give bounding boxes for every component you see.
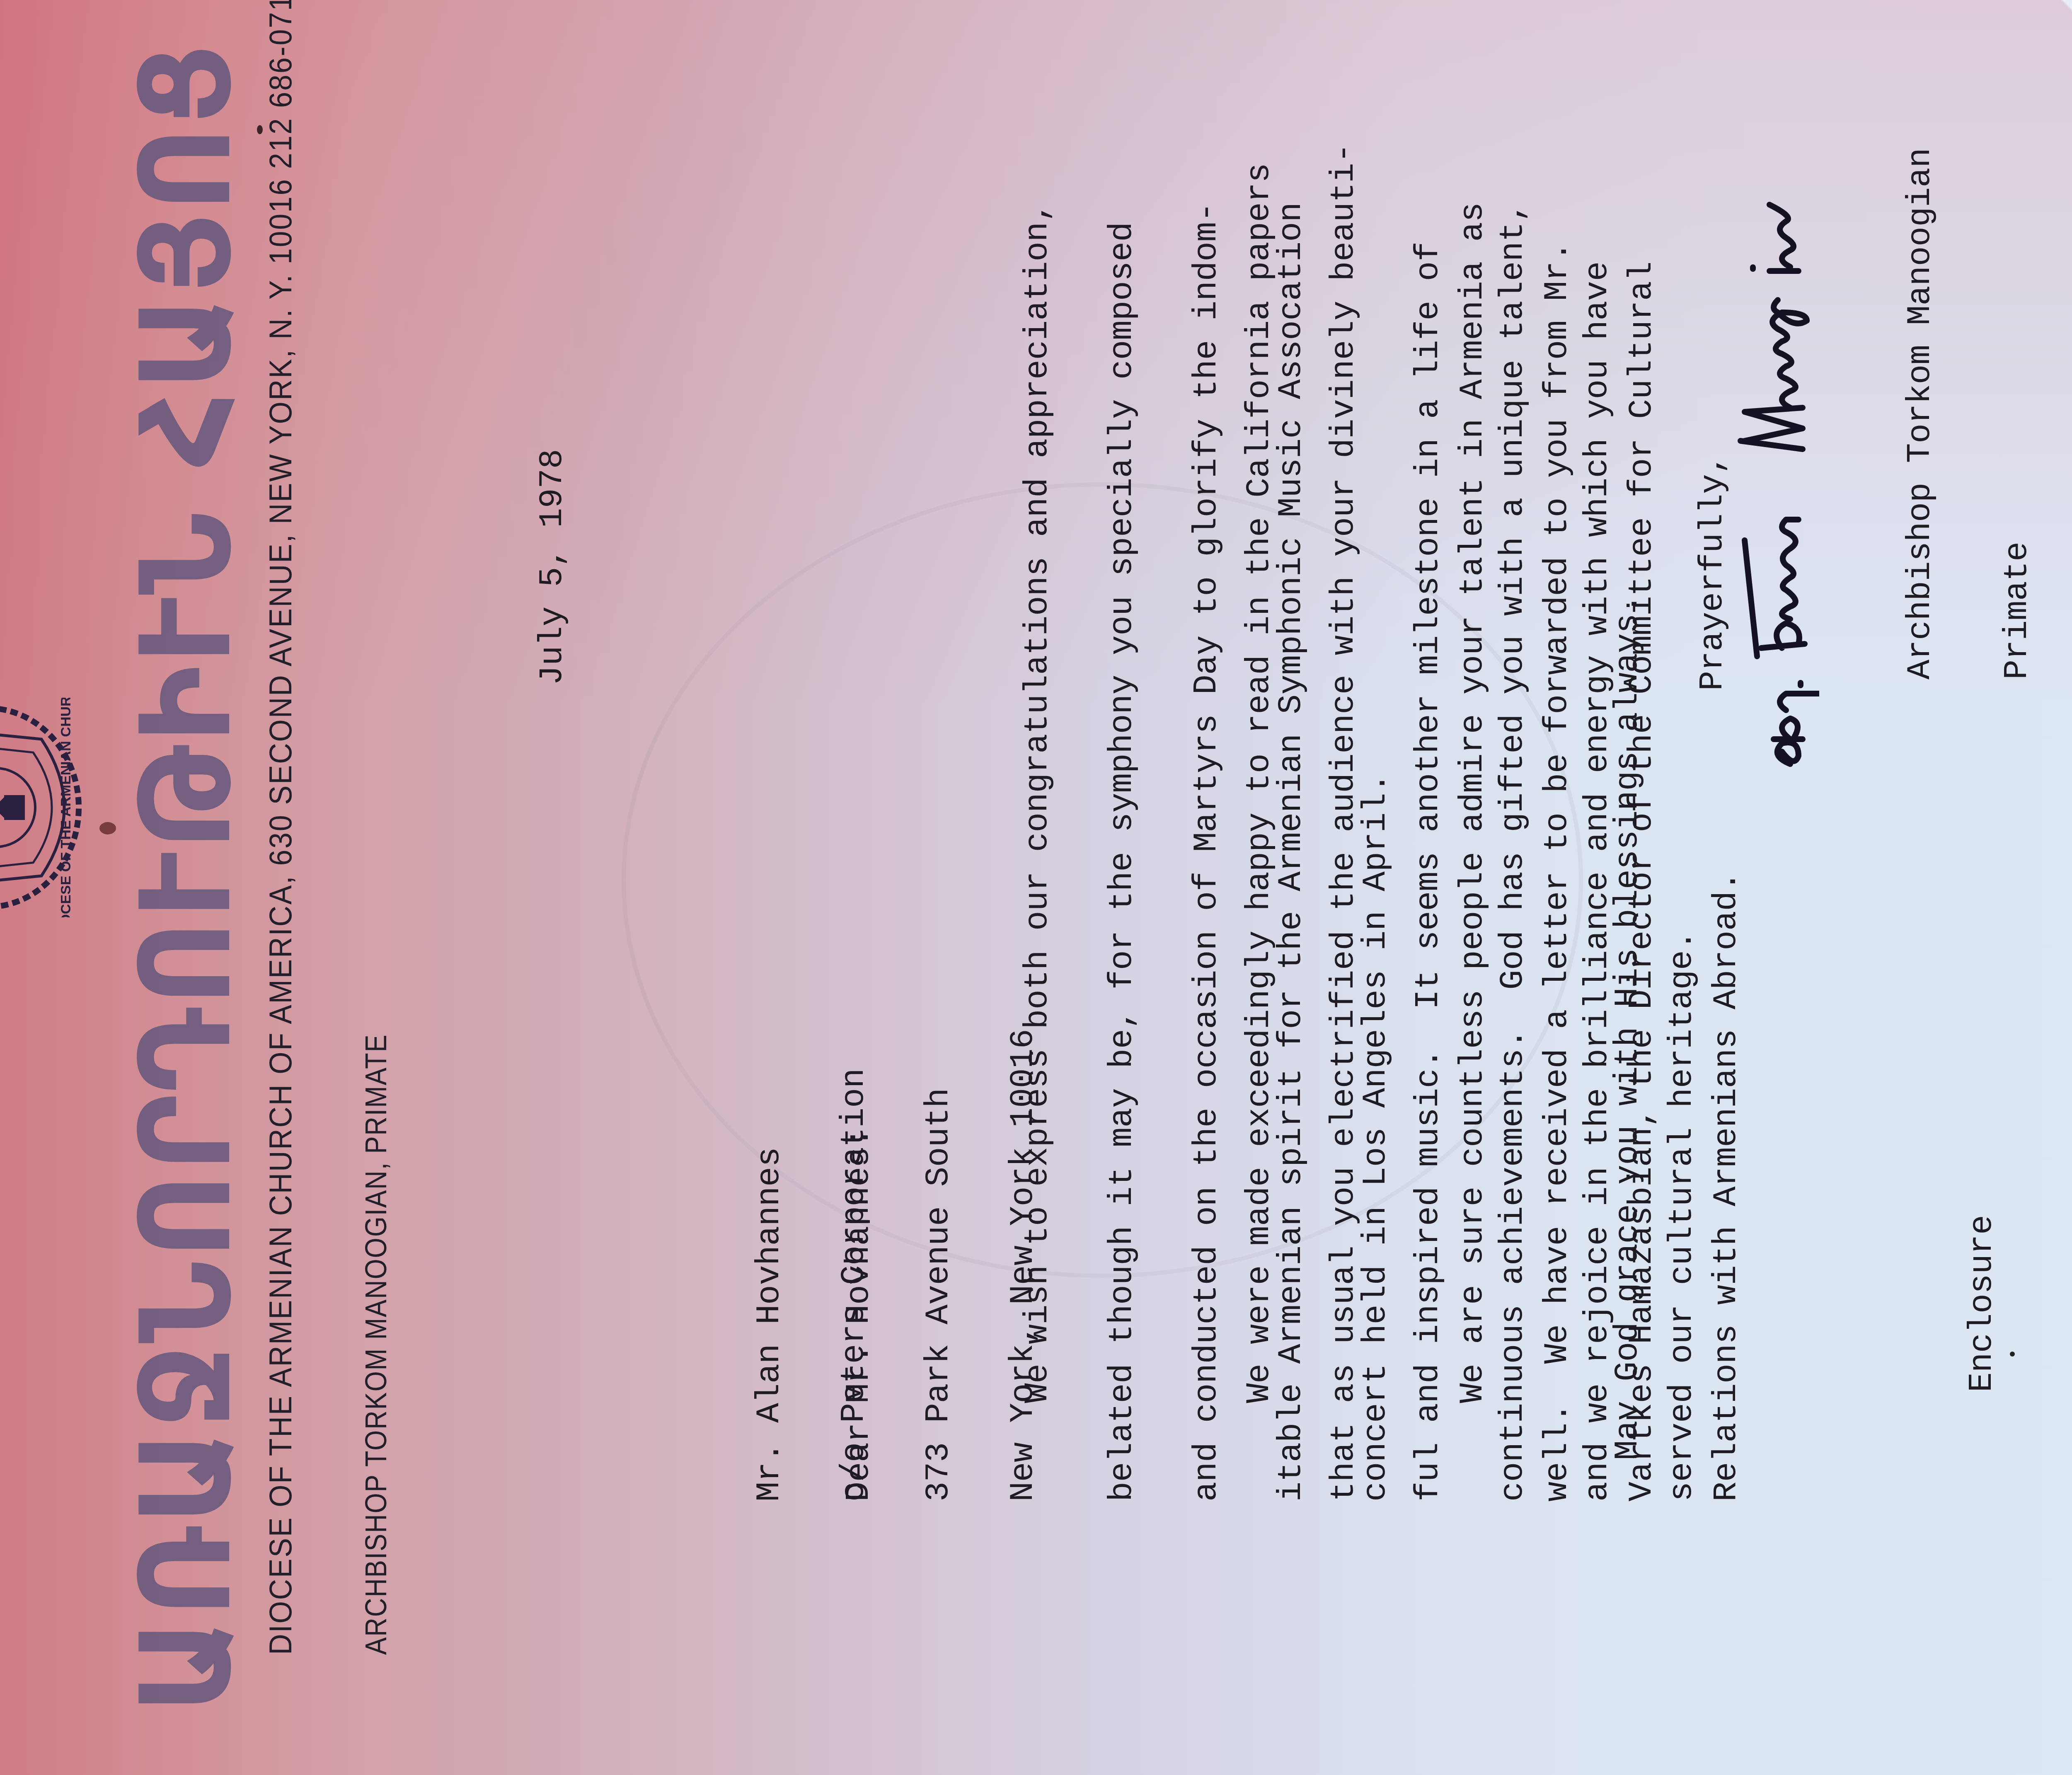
folded-corner [2055,0,2072,123]
complimentary-close: Prayerfully, [1699,455,1727,691]
enclosure-note: Enclosure [1968,1215,1997,1392]
handwritten-signature [1728,101,1819,772]
body-line: that as usual you electrified the audien… [1330,143,1358,1502]
diocese-seal-icon: DIOCESE OF THE ARMENIAN CHURCH [0,698,95,917]
letter-page: ԱՌԱՋՆՈՐԴՈՒԹԻՒՆ ՀԱՅՈՑ DIOCESE OF THE ARME… [0,0,2072,1775]
letterhead-address: DIOCESE OF THE ARMENIAN CHURCH OF AMERIC… [265,0,297,1655]
signer-name: Archbishop Torkom Manoogian [1905,148,1937,680]
body-line: belated though it may be, for the sympho… [1109,202,1137,1502]
letterhead-primate: ARCHBISHOP TORKOM MANOOGIAN, PRIMATE [361,1034,391,1655]
svg-text:DIOCESE OF THE ARMENIAN CHURCH: DIOCESE OF THE ARMENIAN CHURCH [58,698,74,917]
letter-date: July 5, 1978 [539,449,567,685]
ink-smudge [99,822,116,834]
body-line: We wish to express both our congratulati… [1024,202,1052,1502]
body-line: We were made exceedingly happy to read i… [1246,143,1274,1502]
body-line: We are sure countless people admire your… [1459,202,1487,1502]
signer-block: Archbishop Torkom Manoogian Primate [1840,148,2072,680]
ink-smudge [257,125,263,134]
body-line: well. We have received a letter to be fo… [1544,202,1572,1502]
letterhead-armenian-title: ԱՌԱՋՆՈՐԴՈՒԹԻՒՆ ՀԱՅՈՑ [124,41,249,1713]
salutation: Dear Mr. Hovhannes: [845,1127,874,1502]
ink-dot [2010,1352,2015,1357]
signer-title: Primate [2002,148,2034,680]
closing-sentence: May God grace you with His blessings alw… [1614,594,1642,1460]
recipient-line: 373 Park Avenue South [925,1029,953,1502]
recipient-line: Mr. Alan Hovhannes [756,1029,784,1502]
